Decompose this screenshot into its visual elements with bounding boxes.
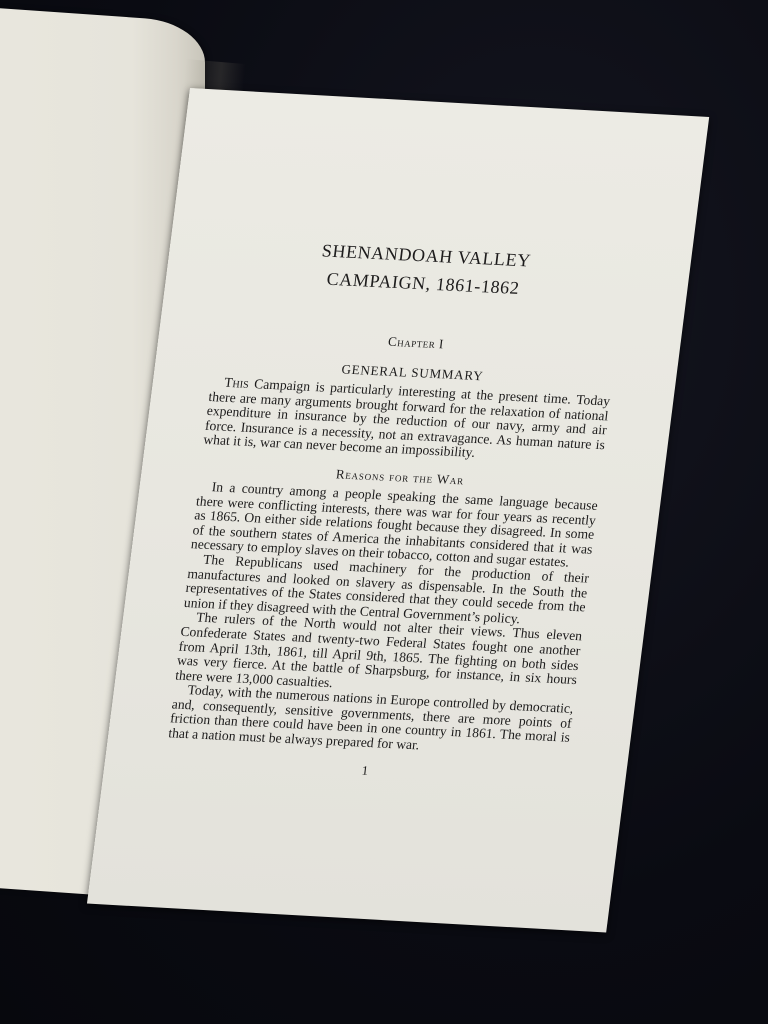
- page-content: SHENANDOAH VALLEY CAMPAIGN, 1861-1862 Ch…: [90, 90, 707, 931]
- title-line-1: SHENANDOAH VALLEY: [321, 240, 532, 270]
- book-page: SHENANDOAH VALLEY CAMPAIGN, 1861-1862 Ch…: [87, 88, 709, 933]
- page-number: 1: [164, 753, 566, 788]
- paragraph: This Campaign is particularly interestin…: [203, 375, 611, 467]
- title-line-2: CAMPAIGN, 1861-1862: [326, 269, 521, 298]
- page-title: SHENANDOAH VALLEY CAMPAIGN, 1861-1862: [222, 232, 628, 307]
- paragraph-lead: This: [224, 375, 250, 391]
- paragraph-text: Campaign is particularly interesting at …: [203, 376, 611, 460]
- chapter-heading: Chapter I: [215, 325, 617, 360]
